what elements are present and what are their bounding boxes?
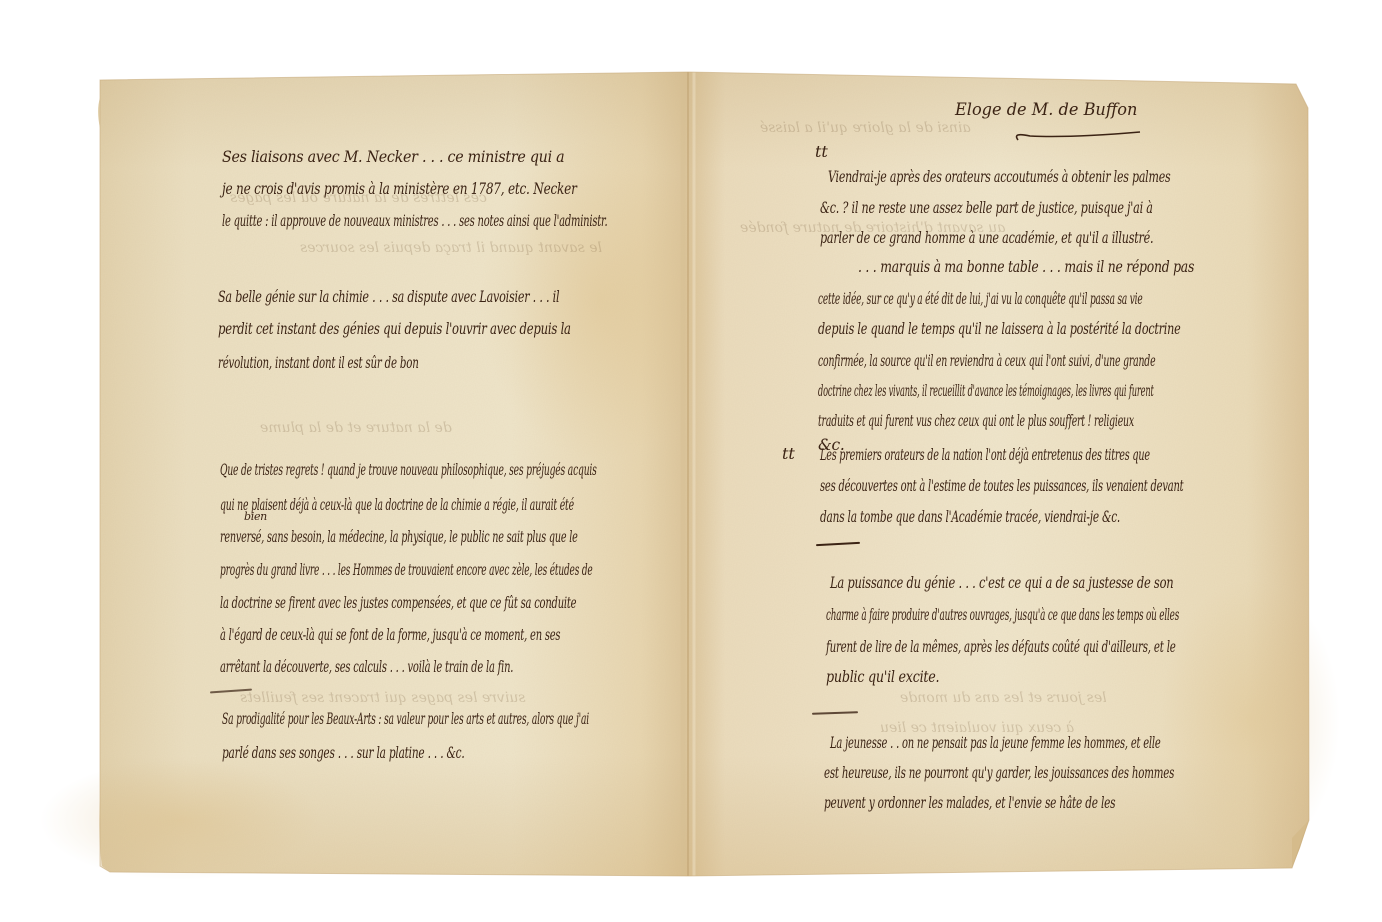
manuscript-line: est heureuse, ils ne pourront qu'y garde…: [824, 764, 1174, 782]
manuscript-line: qui ne plaisent déjà à ceux-là que la do…: [220, 496, 574, 514]
bleed-through-text: les jours et les ans du monde: [900, 690, 1107, 706]
paper-background: [0, 0, 1382, 922]
manuscript-line: Sa belle génie sur la chimie . . . sa di…: [218, 288, 559, 306]
manuscript-line: furent de lire de la mêmes, après les dé…: [826, 638, 1176, 656]
manuscript-line: depuis le quand le temps qu'il ne laisse…: [818, 320, 1180, 338]
manuscript-line: la doctrine se firent avec les justes co…: [220, 594, 576, 612]
manuscript-line: confirmée, la source qu'il en reviendra …: [818, 352, 1155, 370]
manuscript-line: parlé dans ses songes . . . sur la plati…: [222, 744, 465, 762]
manuscript-line: charme à faire produire d'autres ouvrage…: [826, 606, 1179, 624]
bleed-through-text: ainsi de la gloire qu'il a laissé: [760, 120, 971, 136]
manuscript-line: le quitte : il approuve de nouveaux mini…: [222, 212, 607, 230]
bleed-through-text: suivre les pages qui tracent ses feuille…: [240, 690, 526, 706]
manuscript-line: dans la tombe que dans l'Académie tracée…: [820, 508, 1120, 526]
manuscript-line: peuvent y ordonner les malades, et l'env…: [824, 794, 1115, 812]
manuscript-line: public qu'il excite.: [826, 668, 939, 686]
manuscript-line: progrès du grand livre . . . les Hommes …: [220, 561, 593, 579]
bleed-through-text: le savant quand il traça depuis les sour…: [300, 240, 602, 256]
paragraph-marker: tt: [782, 444, 795, 463]
manuscript-line: doctrine chez les vivants, il recueillit…: [818, 382, 1154, 400]
manuscript-line: à l'égard de ceux-là qui se font de la f…: [220, 626, 560, 644]
manuscript-line: je ne crois d'avis promis à la ministère…: [222, 180, 577, 198]
manuscript-line: ses découvertes ont à l'estime de toutes…: [820, 477, 1183, 495]
superscript-insertion: bien: [244, 510, 267, 523]
page-title: Eloge de M. de Buffon: [955, 100, 1137, 120]
manuscript-line: . . . marquis à ma bonne table . . . mai…: [858, 258, 1194, 276]
bleed-through-text: de la nature et de la plume: [260, 420, 452, 436]
manuscript-line: révolution, instant dont il est sûr de b…: [218, 354, 419, 372]
manuscript-line: cette idée, sur ce qu'y a été dit de lui…: [818, 290, 1143, 308]
manuscript-line: &c. ? il ne reste une assez belle part d…: [820, 199, 1153, 217]
manuscript-line: renversé, sans besoin, la médecine, la p…: [220, 528, 578, 546]
title-flourish: [1010, 128, 1150, 144]
manuscript-line: Les premiers orateurs de la nation l'ont…: [820, 446, 1150, 464]
paragraph-marker: tt: [815, 142, 828, 161]
manuscript-line: La puissance du génie . . . c'est ce qui…: [830, 574, 1173, 592]
manuscript-line: Sa prodigalité pour les Beaux-Arts : sa …: [222, 710, 589, 728]
manuscript-line: arrêtant la découverte, ses calculs . . …: [220, 658, 513, 676]
manuscript-line: Ses liaisons avec M. Necker . . . ce min…: [222, 148, 564, 166]
manuscript-line: La jeunesse . . on ne pensait pas la jeu…: [830, 734, 1161, 752]
manuscript-sheet: ces lettres de la nature où les pages le…: [0, 0, 1382, 922]
manuscript-line: perdit cet instant des génies qui depuis…: [218, 320, 571, 338]
manuscript-line: parler de ce grand homme à une académie,…: [820, 229, 1153, 247]
manuscript-line: Que de tristes regrets ! quand je trouve…: [220, 461, 597, 479]
manuscript-line: traduits et qui furent vus chez ceux qui…: [818, 412, 1134, 430]
manuscript-line: Viendrai-je après des orateurs accoutumé…: [828, 168, 1170, 186]
